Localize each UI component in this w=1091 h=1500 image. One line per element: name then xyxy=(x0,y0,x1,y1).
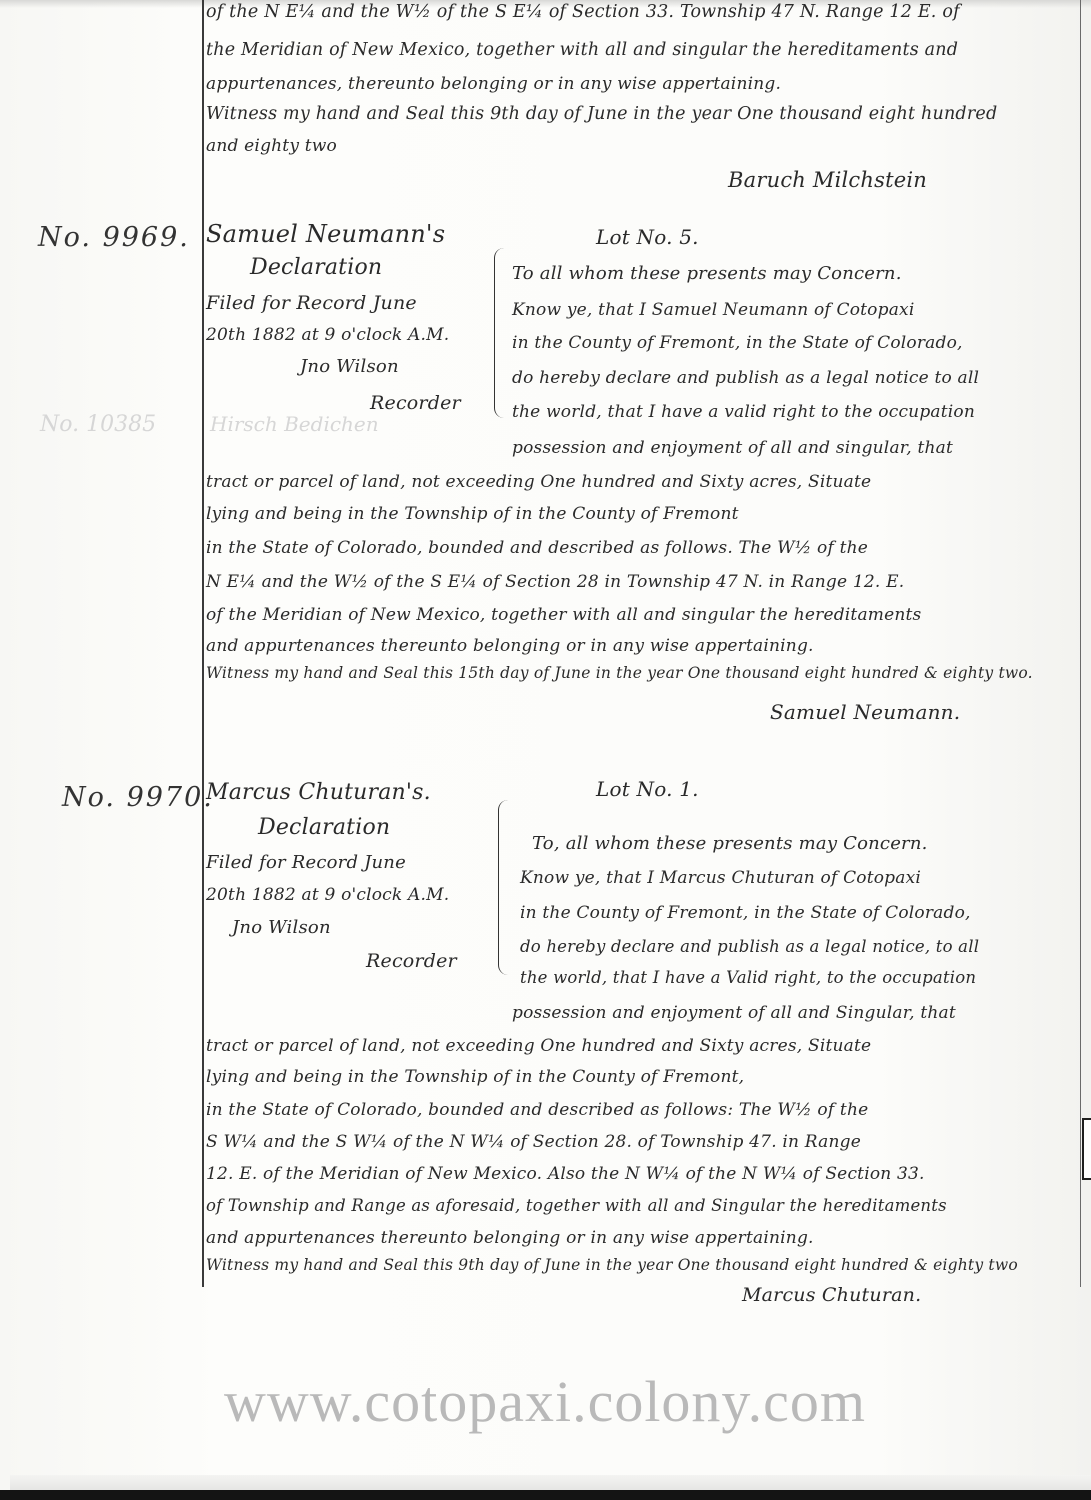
body-line: in the County of Fremont, in the State o… xyxy=(520,903,971,923)
body-line: possession and enjoyment of all and Sing… xyxy=(512,1003,956,1023)
recorder-title: Recorder xyxy=(366,950,457,972)
body-line: To all whom these presents may Concern. xyxy=(512,263,902,284)
body-line: N E¼ and the W½ of the S E¼ of Section 2… xyxy=(206,572,904,592)
declarant-name: Samuel Neumann's xyxy=(206,220,445,248)
body-line: S W¼ and the S W¼ of the N W¼ of Section… xyxy=(206,1132,861,1152)
declaration-title: Declaration xyxy=(250,255,382,280)
body-line: tract or parcel of land, not exceeding O… xyxy=(206,472,871,492)
lot-number: Lot No. 1. xyxy=(596,777,699,801)
margin-rule xyxy=(202,0,204,1287)
body-line: To, all whom these presents may Concern. xyxy=(532,833,928,854)
body-line: in the County of Fremont, in the State o… xyxy=(512,333,963,353)
declarant-name: Marcus Chuturan's. xyxy=(206,780,431,805)
watermark: www.cotopaxi.colony.com xyxy=(95,1368,995,1435)
body-line: Know ye, that I Marcus Chuturan of Cotop… xyxy=(520,868,921,888)
declaration-title: Declaration xyxy=(258,815,390,840)
body-line: Witness my hand and Seal this 9th day of… xyxy=(206,1256,1018,1274)
body-line: lying and being in the Township of in th… xyxy=(206,1067,744,1087)
continuation-line: the Meridian of New Mexico, together wit… xyxy=(206,40,958,60)
body-line: of Township and Range as aforesaid, toge… xyxy=(206,1196,947,1215)
signature: Baruch Milchstein xyxy=(728,168,927,192)
body-line: do hereby declare and publish as a legal… xyxy=(512,368,979,388)
scan-bottom-edge xyxy=(10,1475,1091,1490)
body-line: and appurtenances thereunto belonging or… xyxy=(206,636,814,656)
continuation-line: Witness my hand and Seal this 9th day of… xyxy=(206,104,997,124)
body-line: the world, that I have a valid right to … xyxy=(512,402,975,422)
signature: Marcus Chuturan. xyxy=(742,1284,921,1306)
entry-number: No. 9970. xyxy=(62,782,214,813)
filed-date-time: 20th 1882 at 9 o'clock A.M. xyxy=(206,325,449,345)
filed-date-time: 20th 1882 at 9 o'clock A.M. xyxy=(206,885,449,905)
body-line: Witness my hand and Seal this 15th day o… xyxy=(206,664,1033,682)
bleed-through-number: No. 10385 xyxy=(40,412,156,437)
recorder-name: Jno Wilson xyxy=(300,356,399,377)
body-line: lying and being in the Township of in th… xyxy=(206,504,739,524)
body-line: possession and enjoyment of all and sing… xyxy=(512,438,953,458)
filed-for-record: Filed for Record June xyxy=(206,292,417,314)
continuation-line: and eighty two xyxy=(206,136,337,156)
body-line: in the State of Colorado, bounded and de… xyxy=(206,538,868,558)
right-margin-rule xyxy=(1080,0,1081,1287)
signature: Samuel Neumann. xyxy=(770,700,960,724)
body-line: 12. E. of the Meridian of New Mexico. Al… xyxy=(206,1164,925,1184)
body-line: do hereby declare and publish as a legal… xyxy=(520,937,979,956)
brace xyxy=(498,800,513,975)
body-line: and appurtenances thereunto belonging or… xyxy=(206,1228,814,1248)
entry-number: No. 9969. xyxy=(38,222,190,253)
recorder-name: Jno Wilson xyxy=(232,917,331,938)
page-tab-marker xyxy=(1082,1118,1091,1180)
continuation-line: of the N E¼ and the W½ of the S E¼ of Se… xyxy=(206,2,960,22)
body-line: Know ye, that I Samuel Neumann of Cotopa… xyxy=(512,300,914,320)
body-line: of the Meridian of New Mexico, together … xyxy=(206,605,921,625)
continuation-line: appurtenances, thereunto belonging or in… xyxy=(206,74,781,94)
brace xyxy=(494,248,509,418)
recorder-title: Recorder xyxy=(370,392,461,414)
filed-for-record: Filed for Record June xyxy=(206,852,406,873)
scan-bottom-border xyxy=(0,1490,1091,1500)
body-line: tract or parcel of land, not exceeding O… xyxy=(206,1036,871,1056)
ledger-page: No. 10385 Hirsch Bedichen of the N E¼ an… xyxy=(0,0,1091,1500)
body-line: the world, that I have a Valid right, to… xyxy=(520,968,976,987)
body-line: in the State of Colorado, bounded and de… xyxy=(206,1100,868,1120)
lot-number: Lot No. 5. xyxy=(596,225,699,249)
bleed-through-name: Hirsch Bedichen xyxy=(210,412,379,436)
